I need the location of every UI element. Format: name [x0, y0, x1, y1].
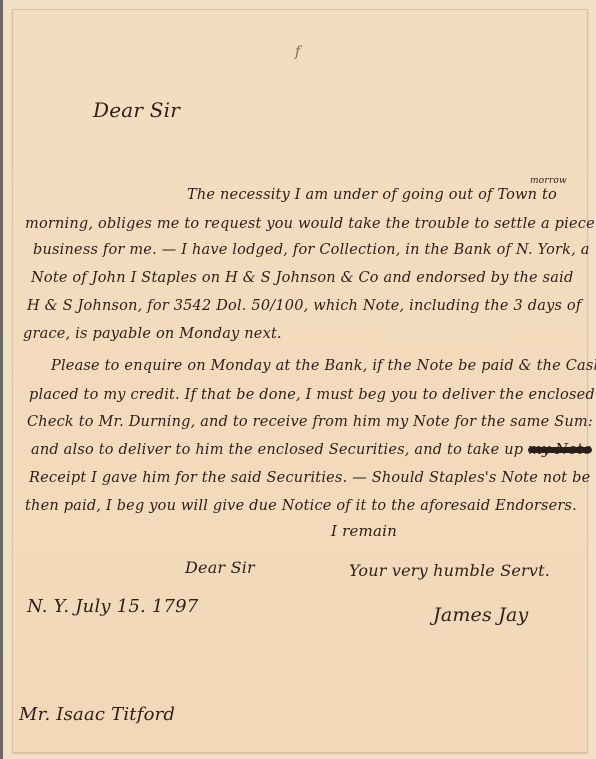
- addressee: Mr. Isaac Titford: [19, 704, 175, 725]
- body-line: Check to Mr. Durning, and to receive fro…: [27, 414, 593, 430]
- body-line: business for me. — I have lodged, for Co…: [33, 242, 590, 258]
- closing-valediction: Your very humble Servt.: [349, 561, 550, 580]
- body-line-text: and also to deliver to him the enclosed …: [31, 442, 523, 458]
- body-line: Please to enquire on Monday at the Bank,…: [51, 358, 596, 374]
- date-line: N. Y. July 15. 1797: [27, 596, 198, 617]
- top-mark: f: [295, 44, 300, 60]
- body-line: grace, is payable on Monday next.: [23, 326, 282, 342]
- body-line: Receipt I gave him for the said Securiti…: [29, 470, 590, 486]
- body-line: The necessity I am under of going out of…: [187, 187, 557, 203]
- closing-dear-sir: Dear Sir: [185, 558, 255, 577]
- body-line: morning, obliges me to request you would…: [25, 216, 596, 232]
- body-line: and also to deliver to him the enclosed …: [31, 442, 596, 458]
- struck-out-text: my Note: [528, 447, 592, 453]
- body-line: Note of John I Staples on H & S Johnson …: [31, 270, 573, 286]
- mount-edge: [0, 0, 3, 759]
- letter-sheet: f Dear Sir morrow The necessity I am und…: [12, 9, 588, 753]
- salutation: Dear Sir: [93, 98, 180, 122]
- signature: James Jay: [433, 604, 528, 626]
- body-line: then paid, I beg you will give due Notic…: [25, 498, 577, 514]
- body-line: placed to my credit. If that be done, I …: [29, 387, 595, 403]
- closing-remain: I remain: [331, 522, 397, 540]
- body-line: H & S Johnson, for 3542 Dol. 50/100, whi…: [27, 298, 581, 314]
- interlineation-morrow: morrow: [530, 176, 567, 186]
